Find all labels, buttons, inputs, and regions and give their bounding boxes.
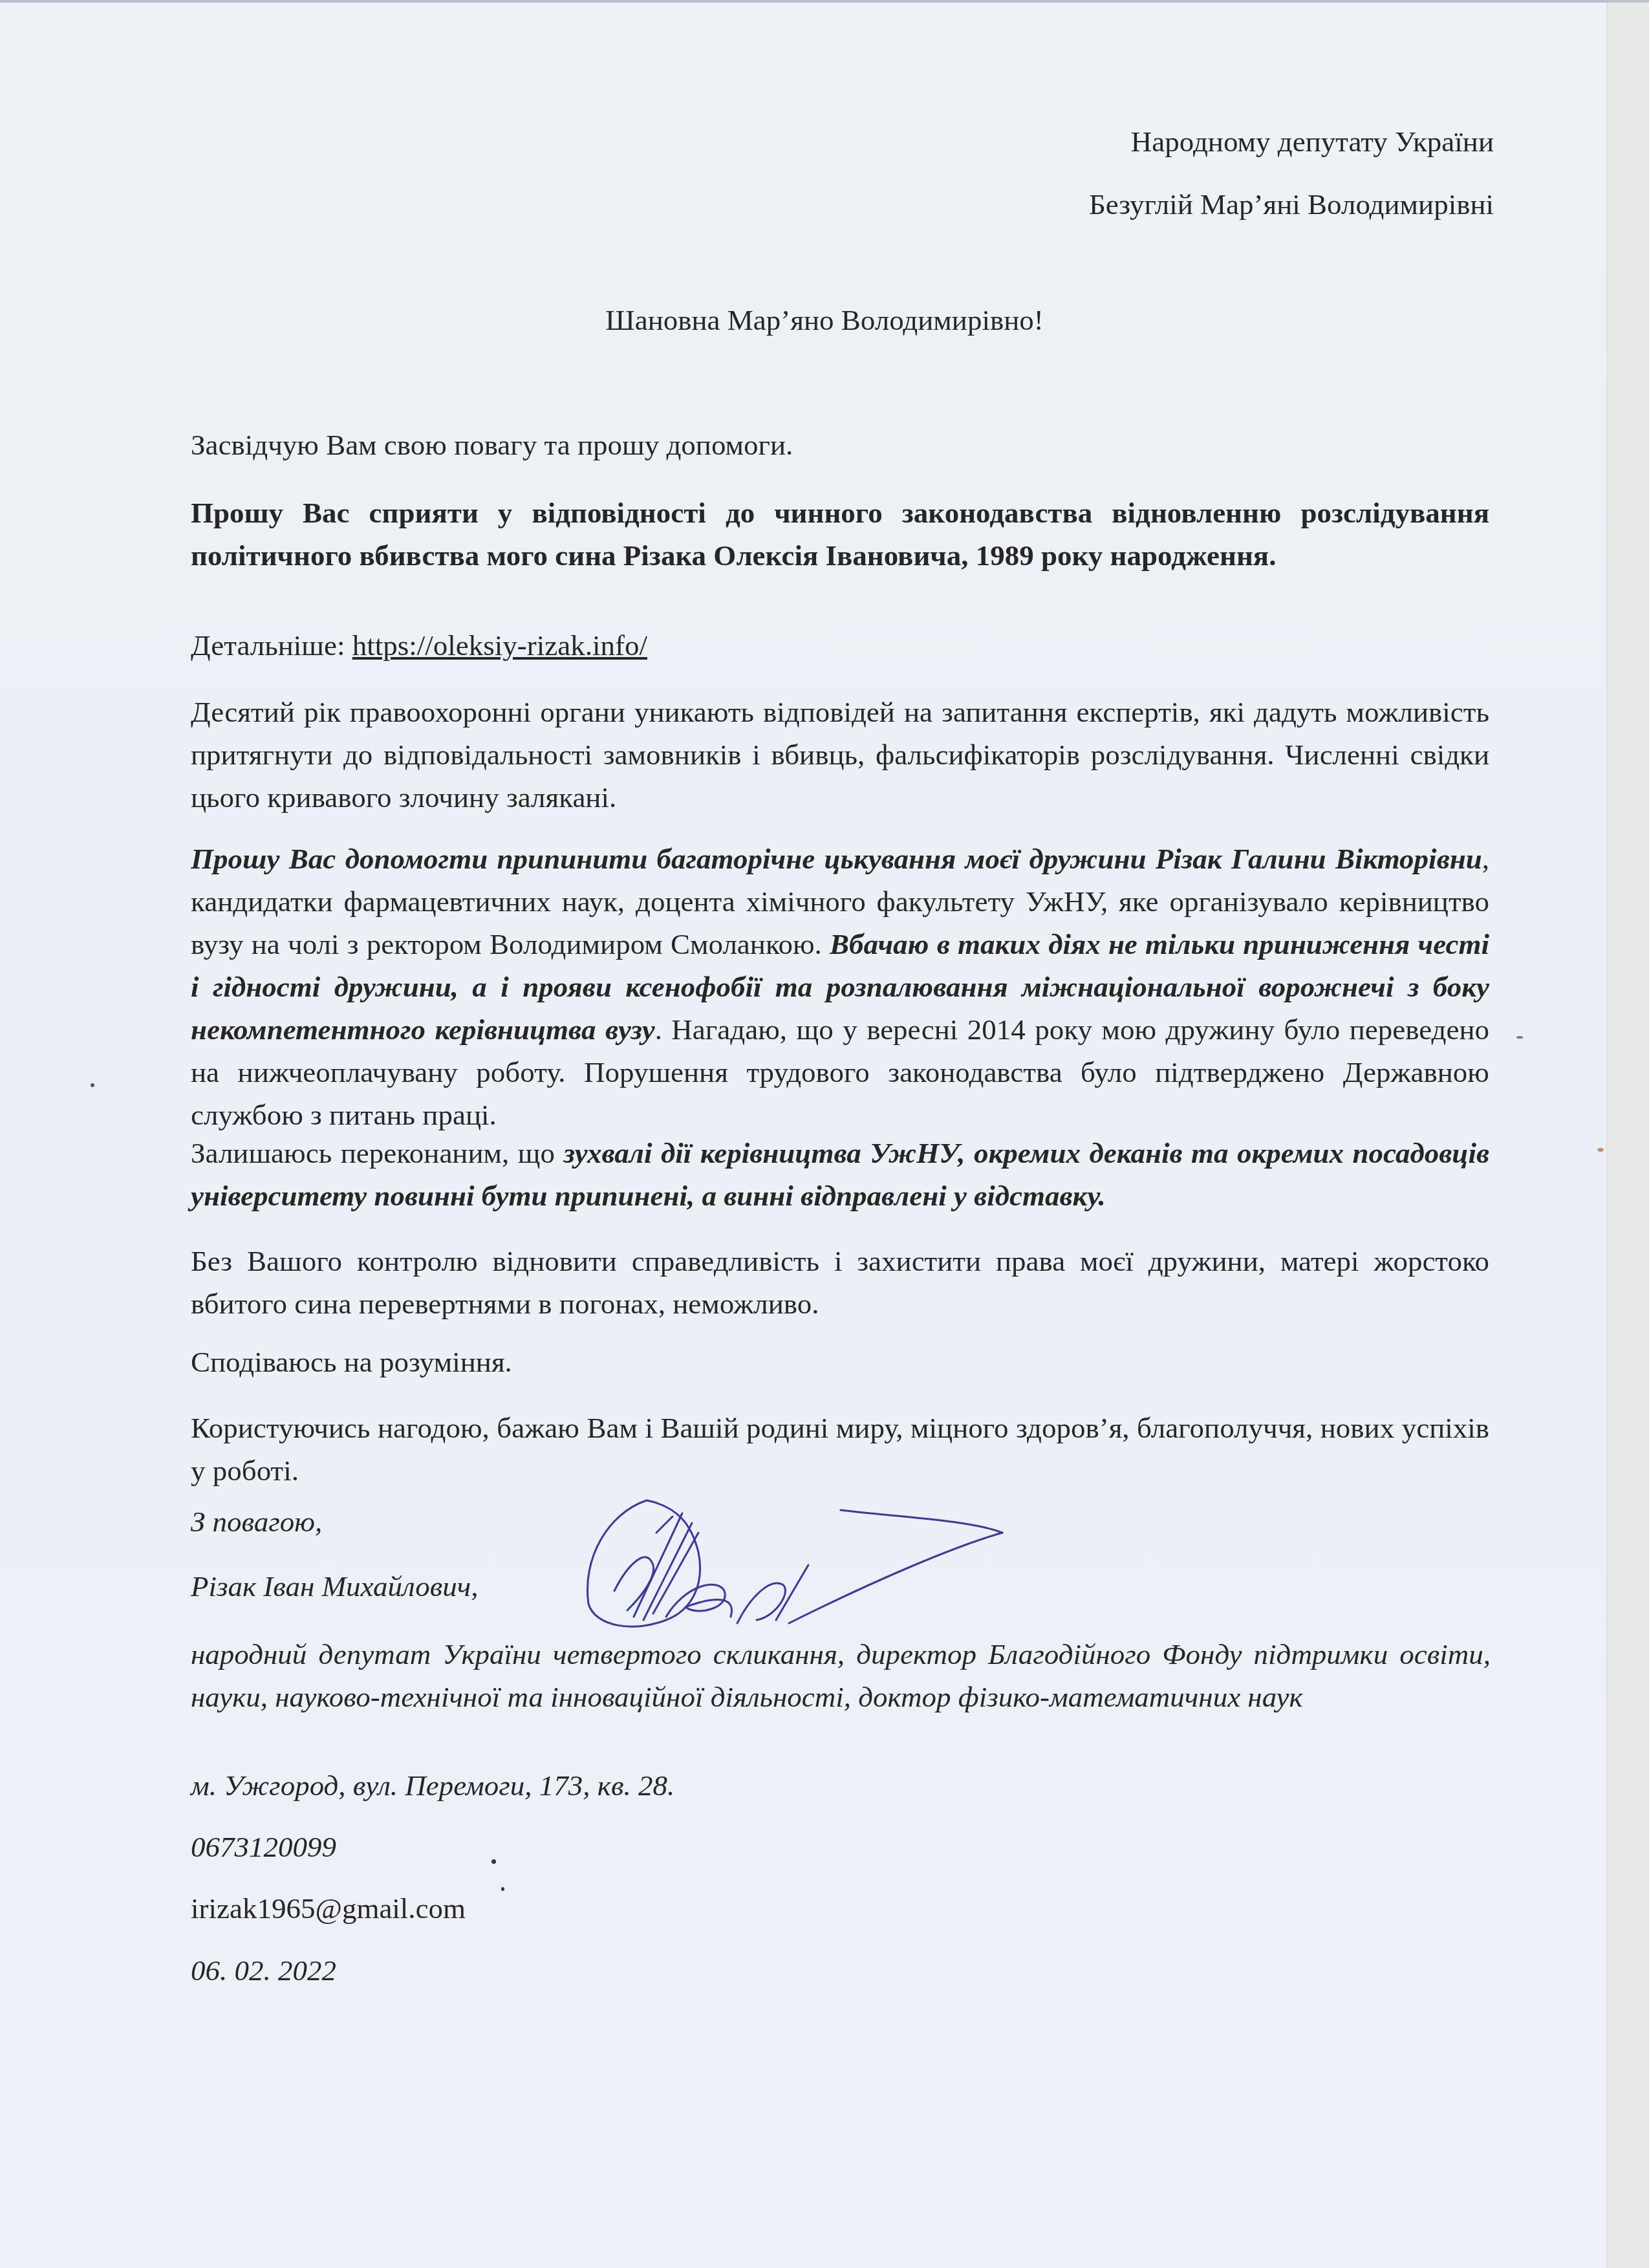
addressee-line-2: Безуглій Мар’яні Володимирівні xyxy=(1089,183,1494,226)
paragraph-control: Без Вашого контролю відновити справедлив… xyxy=(191,1240,1489,1325)
addressee-line-1: Народному депутату України xyxy=(1131,120,1494,163)
wife-request-emphasis: Прошу Вас допомогти припинити багаторічн… xyxy=(191,843,1482,875)
conviction-lead: Залишаюсь переконаним, що xyxy=(191,1137,563,1169)
details-link[interactable]: https://oleksiy-rizak.info/ xyxy=(352,629,647,662)
paragraph-wife-harassment: Прошу Вас допомогти припинити багаторічн… xyxy=(191,837,1489,1136)
contact-phone: 0673120099 xyxy=(191,1826,336,1868)
details-label: Детальніше: xyxy=(191,629,352,662)
scan-speck xyxy=(501,1887,504,1891)
signer-title: народний депутат України четвертого скли… xyxy=(191,1633,1491,1718)
paragraph-respect: Засвідчую Вам свою повагу та прошу допом… xyxy=(191,424,1489,466)
contact-address: м. Ужгород, вул. Перемоги, 173, кв. 28. xyxy=(191,1764,674,1807)
paragraph-conviction: Залишаюсь переконаним, що зухвалі дії ке… xyxy=(191,1132,1489,1217)
scan-speck xyxy=(491,1859,496,1864)
signer-name: Різак Іван Михайлович, xyxy=(191,1565,478,1608)
paragraph-details: Детальніше: https://oleksiy-rizak.info/ xyxy=(191,624,1489,667)
paragraph-law-enforcement: Десятий рік правоохоронні органи уникают… xyxy=(191,691,1489,819)
paragraph-request-investigation: Прошу Вас сприяти у відповідності до чин… xyxy=(191,491,1489,577)
scan-speck xyxy=(1516,1036,1523,1039)
contact-email[interactable]: irizak1965@gmail.com xyxy=(191,1887,466,1930)
paragraph-hope: Сподіваюсь на розуміння. xyxy=(191,1341,1489,1383)
salutation: Шановна Мар’яно Володимирівно! xyxy=(0,299,1649,341)
scan-speck xyxy=(91,1083,94,1087)
paragraph-wishes: Користуючись нагодою, бажаю Вам і Вашій … xyxy=(191,1407,1489,1492)
handwritten-signature xyxy=(569,1487,1216,1636)
letter-date: 06. 02. 2022 xyxy=(191,1949,336,1992)
closing-regards: З повагою, xyxy=(191,1500,322,1543)
scan-speck xyxy=(1597,1148,1604,1152)
scan-top-edge xyxy=(0,0,1649,3)
